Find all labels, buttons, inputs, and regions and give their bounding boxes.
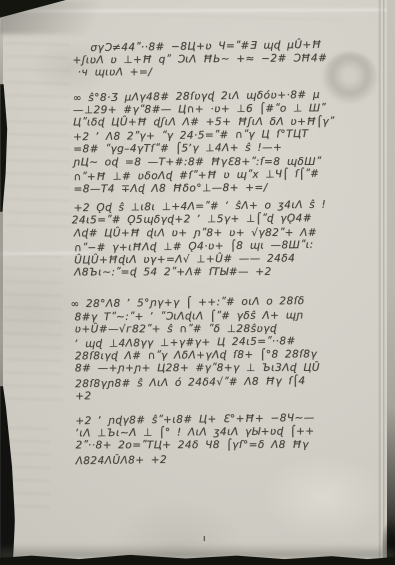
page-bottom-mark: ı bbox=[203, 534, 206, 544]
page-fold-right bbox=[378, 0, 385, 565]
cipher-paragraph: +2 Ǫɖ ŝ ⊥ι8ι ⊥+4Λ=ʺ# ʼ ŝΛ+ o ʒ4ιΛ ŝ !24ι… bbox=[74, 199, 393, 281]
cipher-line: =8# ʺγg–4γTſʺ# ⌠5ʼγ ⊥4Λ+ ŝ !—+ bbox=[73, 141, 391, 157]
verso-showthrough bbox=[3, 248, 62, 408]
paper-edge-shadow-bottom bbox=[0, 544, 395, 558]
page-edge-right bbox=[387, 0, 395, 565]
cipher-paragraph: +2 ʼ ɲɖγ8# ŝʺ+ι8# Ц+ Ɛ°+Ħ+ −8Ч∼—ʼιΛ ⊥Ъι∼… bbox=[75, 412, 393, 467]
cipher-line: Λ8Ъι∼:ʺ=ɖ 54 2ʺ+Λ# ſTЫ#— +2 bbox=[74, 266, 392, 280]
cipher-paragraph: σγƆ≠44ʺ··8# −8Ц+ʋ Ч=ʺ#Ǝ ɰɖ μÛ+Ħ+ʃιʋΛ ʋ ⊥… bbox=[72, 39, 390, 81]
verso-showthrough bbox=[118, 11, 343, 27]
cipher-line: =8—T4 ∓Λɖ Λ8 Ħδo°⊥—8+ +=/ bbox=[73, 181, 391, 197]
cipher-line: 24ι5=ʺ# Ǫ5ɰδγɖ+2 ʼ ⊥5γ+ ⊥⌠ʺɖ γǪ4# bbox=[72, 212, 392, 228]
cipher-paragraph: ∞ 28°Λ8 ʼ 5°ɲγ+γ ⌠ ++:ʺ# oιΛ o 28ſδ8#γ T… bbox=[74, 295, 393, 403]
verso-showthrough bbox=[5, 36, 70, 236]
cipher-text-block: σγƆ≠44ʺ··8# −8Ц+ʋ Ч=ʺ#Ǝ ɰɖ μÛ+Ħ+ʃιʋΛ ʋ ⊥… bbox=[72, 39, 393, 467]
verso-showthrough bbox=[8, 420, 51, 510]
cipher-line: +2 bbox=[75, 387, 393, 403]
manuscript-scan: σγƆ≠44ʺ··8# −8Ц+ʋ Ч=ʺ#Ǝ ɰɖ μÛ+Ħ+ʃιʋΛ ʋ ⊥… bbox=[0, 0, 395, 565]
cipher-line: ·ч ɰιʋΛ +=/ bbox=[78, 66, 391, 80]
cipher-paragraph: ∞ ŝ°8·Ʒ μΛγ48# 28ſʋγɖ 2ιΛ ɰδóʋ+·8# μ—⊥29… bbox=[73, 88, 392, 196]
